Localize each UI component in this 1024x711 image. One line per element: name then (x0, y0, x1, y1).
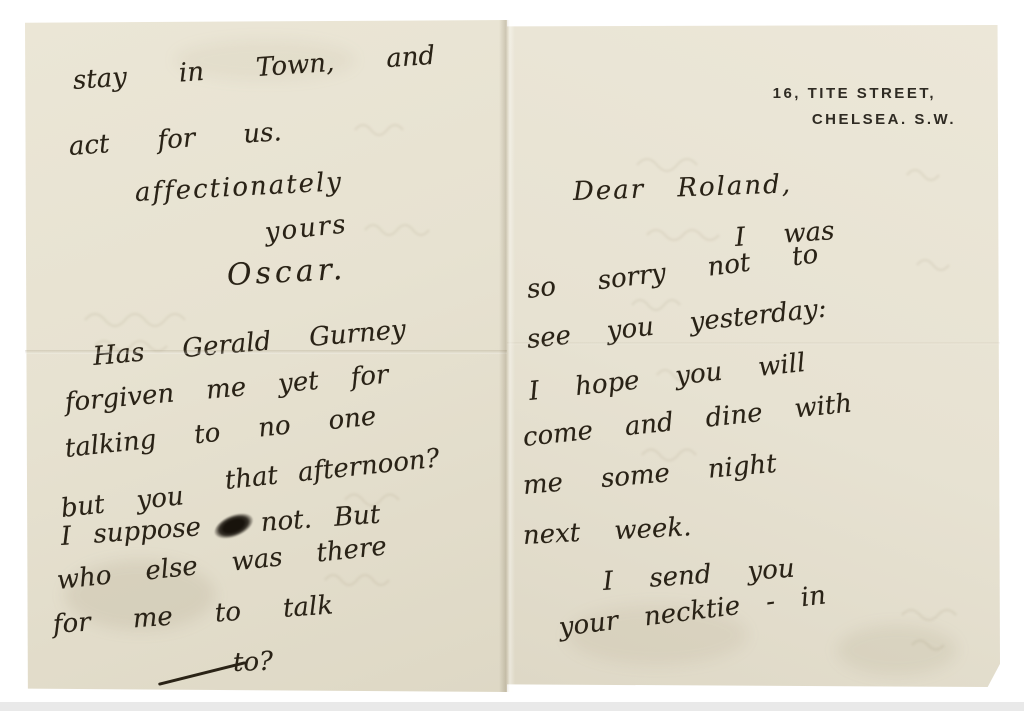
handwritten-line: next week. (522, 512, 692, 551)
handwritten-line: for me to talk (52, 590, 334, 640)
handwritten-salutation: Dear Roland, (572, 169, 792, 207)
handwritten-line: see you yesterday: (525, 294, 828, 355)
letter-sheet: stay in Town, and act for us. affectiona… (25, 20, 1000, 692)
handwritten-signature: Oscar. (226, 252, 347, 293)
handwritten-line: act for us. (68, 117, 283, 162)
handwritten-line-valediction: affectionately (134, 167, 343, 208)
letterhead-street: 16, TITE STREET, (773, 85, 936, 102)
handwritten-line: stay in Town, and (72, 41, 436, 96)
handwritten-line: so sorry not to (525, 239, 820, 305)
handwritten-text: not. But (260, 500, 381, 538)
handwritten-line-valediction: yours (263, 209, 349, 247)
paper-stain (837, 625, 957, 675)
background-edge (0, 702, 1024, 711)
letter-page-right: 16, TITE STREET, CHELSEA. S.W. Dear Rola… (507, 25, 1000, 687)
letter-photograph: stay in Town, and act for us. affectiona… (0, 0, 1024, 711)
ink-blot (210, 508, 257, 544)
letterhead-district: CHELSEA. S.W. (812, 111, 956, 128)
letter-page-left: stay in Town, and act for us. affectiona… (25, 20, 507, 692)
handwritten-line: me some night (522, 449, 778, 501)
handwritten-line: that afternoon? (223, 444, 440, 496)
